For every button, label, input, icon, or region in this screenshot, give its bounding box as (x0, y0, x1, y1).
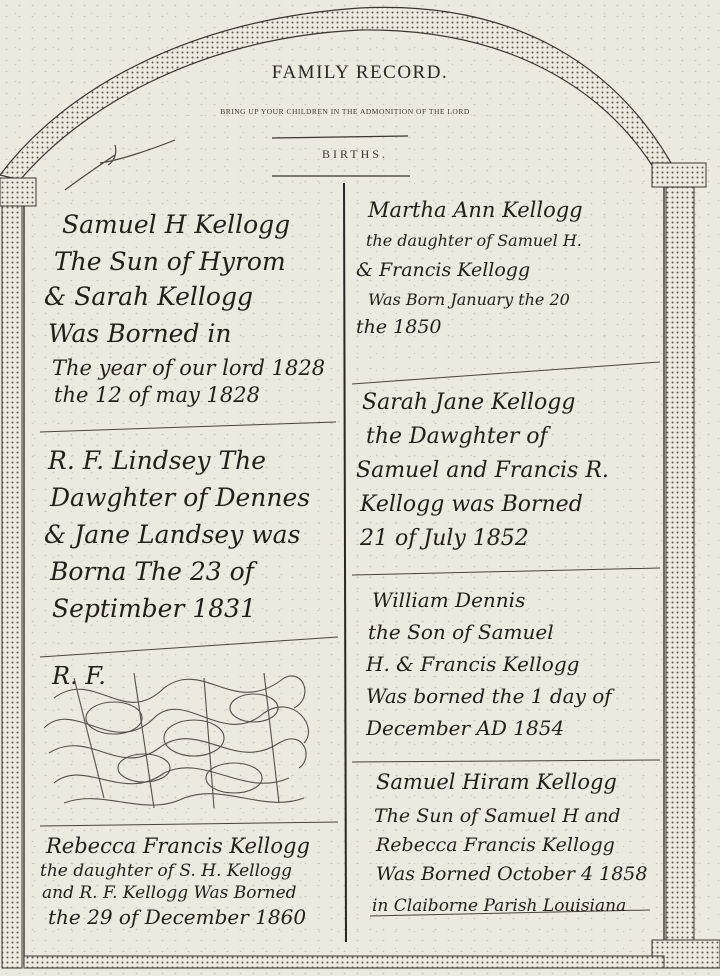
entry-line: Kellogg was Borned (360, 494, 609, 516)
entry-line: Martha Ann Kellogg (368, 200, 583, 221)
entry-line: Was Born January the 20 (368, 292, 583, 308)
entry-line: H. & Francis Kellogg (366, 654, 612, 674)
entry-line: Was Borned in (48, 321, 325, 346)
crossed-out-scribbles (34, 658, 324, 818)
birth-entry-sarah-jane-kellogg: Sarah Jane Kellogg the Dawghter of Samue… (356, 392, 609, 550)
entry-line: the 1850 (356, 318, 583, 337)
motto-text: BRING UP YOUR CHILDREN IN THE ADMONITION… (0, 107, 690, 116)
entry-line: Rebecca Francis Kellogg (376, 836, 647, 855)
birth-entry-rebecca-francis-kellogg: Rebecca Francis Kellogg the daughter of … (44, 836, 310, 927)
entry-line: Samuel H Kellogg (62, 212, 325, 237)
birth-entry-martha-ann-kellogg: Martha Ann Kellogg the daughter of Samue… (356, 200, 583, 337)
entry-line: The Sun of Hyrom (54, 249, 325, 274)
entry-line: Septimber 1831 (52, 596, 310, 621)
birth-entry-william-dennis-kellogg: William Dennis the Son of Samuel H. & Fr… (356, 590, 612, 738)
entry-line: Samuel Hiram Kellogg (376, 772, 647, 793)
entry-line: the 29 of December 1860 (48, 907, 310, 927)
entry-line: 21 of July 1852 (360, 528, 609, 550)
entry-line: The Sun of Samuel H and (374, 807, 647, 826)
entry-line: the daughter of Samuel H. (366, 233, 583, 249)
entry-line: in Claiborne Parish Louisiana (372, 898, 647, 915)
entry-line: Rebecca Francis Kellogg (46, 836, 310, 857)
birth-entry-samuel-hiram-kellogg: Samuel Hiram Kellogg The Sun of Samuel H… (356, 772, 647, 915)
section-heading-births: BIRTHS. (0, 147, 710, 162)
entry-line: Was Borned October 4 1858 (376, 865, 647, 884)
entry-line: December AD 1854 (366, 718, 612, 738)
entry-line: Was borned the 1 day of (366, 686, 612, 706)
entry-line: Borna The 23 of (50, 559, 310, 584)
entry-line: and R. F. Kellogg Was Borned (42, 885, 310, 902)
entry-line: the Son of Samuel (368, 622, 612, 642)
entry-line: Sarah Jane Kellogg (362, 392, 609, 414)
entry-line: R. F. Lindsey The (48, 448, 310, 473)
entry-line: Dawghter of Dennes (50, 485, 310, 510)
entry-line: Samuel and Francis R. (356, 460, 609, 482)
entry-line: the Dawghter of (366, 426, 609, 448)
entry-line: & Jane Landsey was (44, 522, 310, 547)
page-title: FAMILY RECORD. (0, 62, 720, 84)
birth-entry-samuel-h-kellogg: Samuel H Kellogg The Sun of Hyrom & Sara… (44, 212, 325, 406)
entry-line: the 12 of may 1828 (54, 385, 325, 406)
entry-line: & Francis Kellogg (356, 261, 583, 280)
entry-line: The year of our lord 1828 (52, 358, 325, 379)
entry-line: & Sarah Kellogg (44, 284, 325, 309)
entry-line: the daughter of S. H. Kellogg (40, 863, 310, 880)
entry-line: William Dennis (372, 590, 612, 610)
birth-entry-r-f-lindsey: R. F. Lindsey The Dawghter of Dennes & J… (44, 448, 310, 621)
